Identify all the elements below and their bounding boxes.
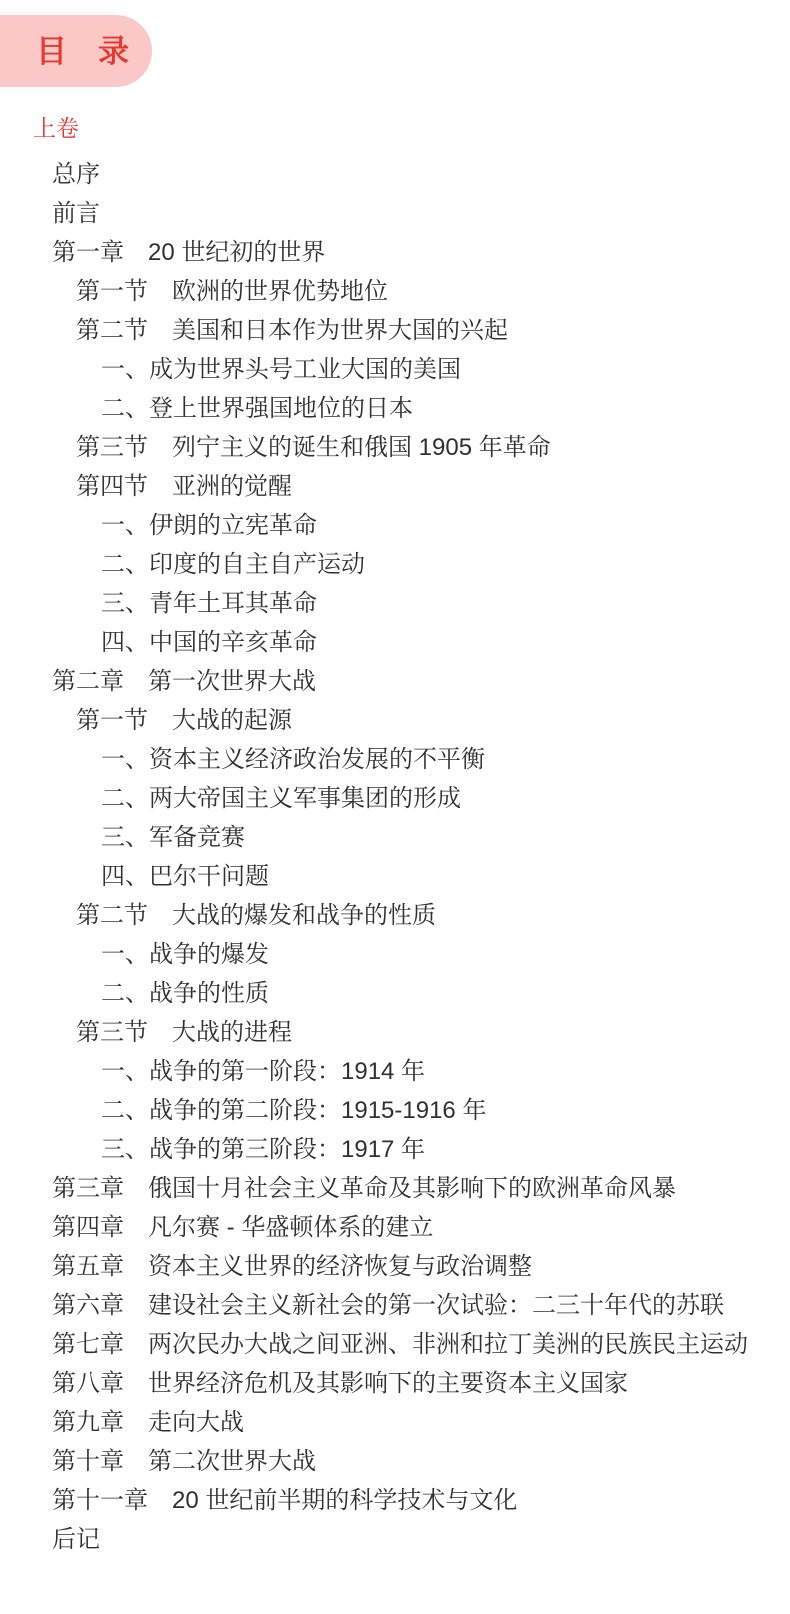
toc-item[interactable]: 第四节 亚洲的觉醒 xyxy=(0,467,790,506)
toc-item[interactable]: 一、成为世界头号工业大国的美国 xyxy=(0,350,790,389)
toc-page: { "header": { "badge_label": "目 录" }, "v… xyxy=(0,0,790,1614)
toc-item[interactable]: 第七章 两次民办大战之间亚洲、非洲和拉丁美洲的民族民主运动 xyxy=(0,1325,790,1364)
toc-item[interactable]: 第一节 欧洲的世界优势地位 xyxy=(0,272,790,311)
toc-item[interactable]: 后记 xyxy=(0,1520,790,1559)
toc-item[interactable]: 前言 xyxy=(0,194,790,233)
toc-item[interactable]: 四、中国的辛亥革命 xyxy=(0,623,790,662)
toc-item[interactable]: 第三节 大战的进程 xyxy=(0,1013,790,1052)
toc-item[interactable]: 二、战争的第二阶段：1915-1916 年 xyxy=(0,1091,790,1130)
toc-item[interactable]: 总序 xyxy=(0,155,790,194)
toc-item[interactable]: 第二节 大战的爆发和战争的性质 xyxy=(0,896,790,935)
toc-item[interactable]: 一、战争的第一阶段：1914 年 xyxy=(0,1052,790,1091)
toc-item[interactable]: 二、登上世界强国地位的日本 xyxy=(0,389,790,428)
toc-header-badge: 目 录 xyxy=(0,15,152,87)
toc-item[interactable]: 一、战争的爆发 xyxy=(0,935,790,974)
toc-item[interactable]: 第六章 建设社会主义新社会的第一次试验：二三十年代的苏联 xyxy=(0,1286,790,1325)
toc-item[interactable]: 第一章 20 世纪初的世界 xyxy=(0,233,790,272)
toc-item[interactable]: 第四章 凡尔赛 - 华盛顿体系的建立 xyxy=(0,1208,790,1247)
toc-item[interactable]: 三、战争的第三阶段：1917 年 xyxy=(0,1130,790,1169)
toc-item[interactable]: 第九章 走向大战 xyxy=(0,1403,790,1442)
volume-heading[interactable]: 上卷 xyxy=(33,113,790,143)
toc-item[interactable]: 四、巴尔干问题 xyxy=(0,857,790,896)
toc-item[interactable]: 第二节 美国和日本作为世界大国的兴起 xyxy=(0,311,790,350)
toc-item[interactable]: 一、伊朗的立宪革命 xyxy=(0,506,790,545)
toc-item[interactable]: 三、军备竞赛 xyxy=(0,818,790,857)
toc-item[interactable]: 第十章 第二次世界大战 xyxy=(0,1442,790,1481)
toc-list: 总序前言第一章 20 世纪初的世界第一节 欧洲的世界优势地位第二节 美国和日本作… xyxy=(0,155,790,1559)
toc-item[interactable]: 二、两大帝国主义军事集团的形成 xyxy=(0,779,790,818)
toc-item[interactable]: 三、青年土耳其革命 xyxy=(0,584,790,623)
toc-item[interactable]: 第三章 俄国十月社会主义革命及其影响下的欧洲革命风暴 xyxy=(0,1169,790,1208)
toc-item[interactable]: 一、资本主义经济政治发展的不平衡 xyxy=(0,740,790,779)
toc-item[interactable]: 第八章 世界经济危机及其影响下的主要资本主义国家 xyxy=(0,1364,790,1403)
toc-item[interactable]: 第一节 大战的起源 xyxy=(0,701,790,740)
toc-item[interactable]: 二、印度的自主自产运动 xyxy=(0,545,790,584)
toc-header-label: 目 录 xyxy=(36,36,129,67)
toc-item[interactable]: 第十一章 20 世纪前半期的科学技术与文化 xyxy=(0,1481,790,1520)
toc-item[interactable]: 第二章 第一次世界大战 xyxy=(0,662,790,701)
toc-item[interactable]: 第五章 资本主义世界的经济恢复与政治调整 xyxy=(0,1247,790,1286)
toc-item[interactable]: 第三节 列宁主义的诞生和俄国 1905 年革命 xyxy=(0,428,790,467)
toc-item[interactable]: 二、战争的性质 xyxy=(0,974,790,1013)
